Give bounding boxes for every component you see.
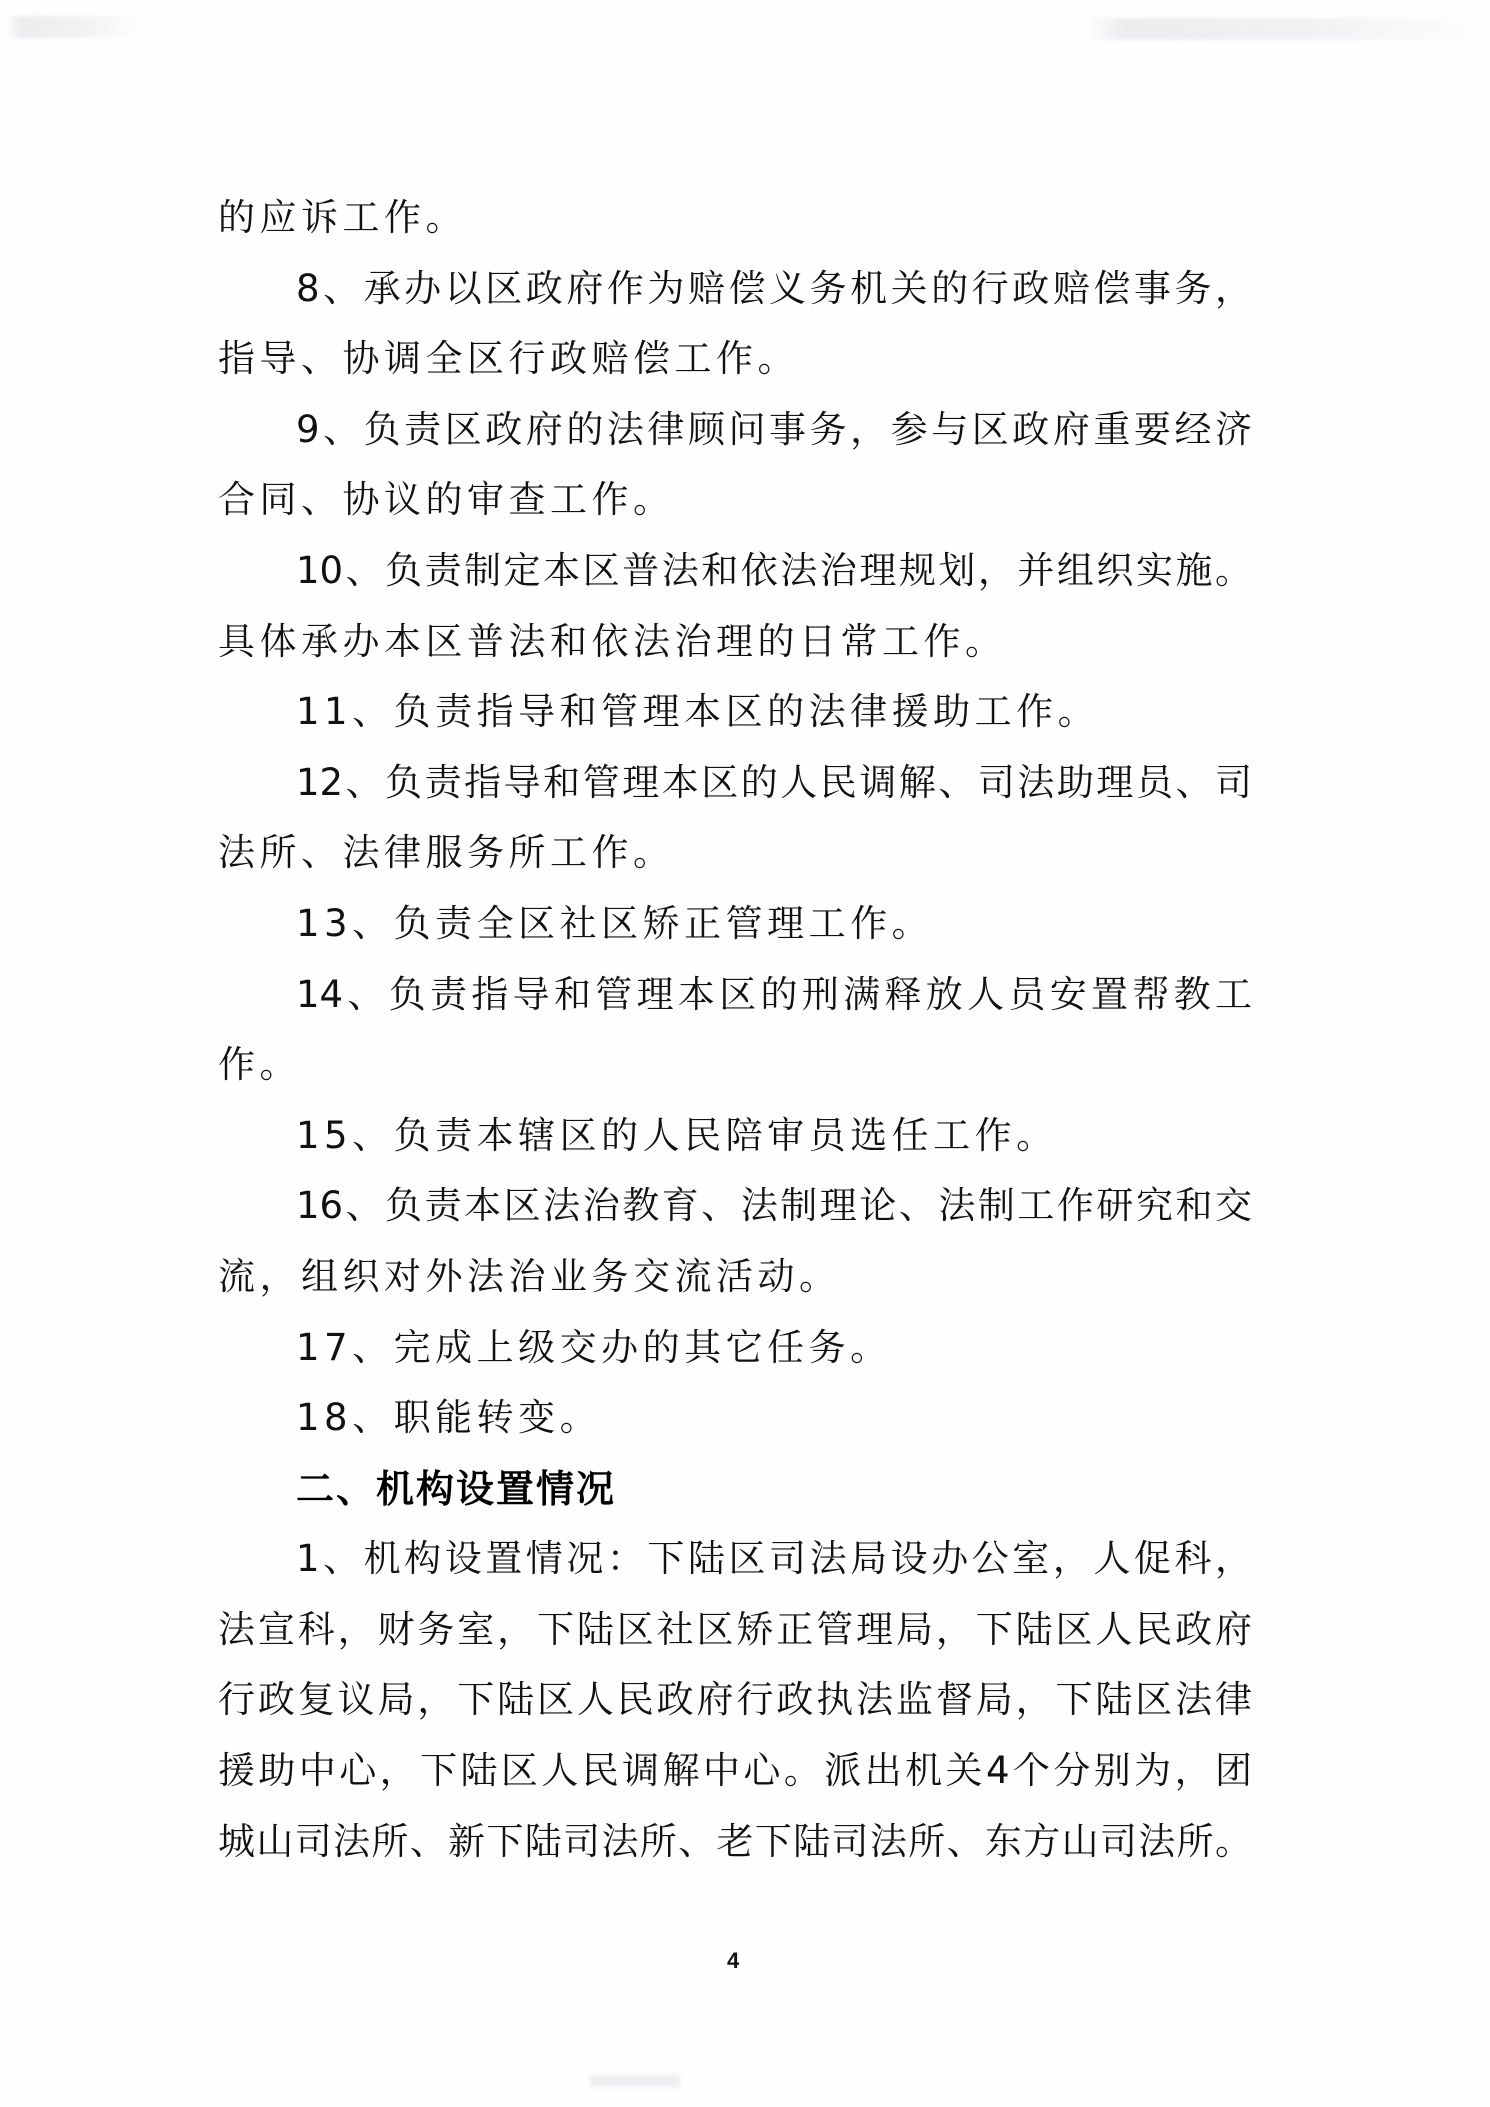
list-item-12: 12、负责指导和管理本区的人民调解、司法助理员、司 [218,748,1252,819]
line-text: 15、负责本辖区的人民陪审员选任工作。 [218,1101,1252,1172]
list-item-11: 11、负责指导和管理本区的法律援助工作。 [218,677,1252,748]
list-item-10: 10、负责制定本区普法和依法治理规划，并组织实施。 [218,536,1252,607]
scan-bleed-through [1085,18,1485,40]
line-text: 流，组织对外法治业务交流活动。 [218,1242,1252,1313]
line-text: 行政复议局，下陆区人民政府行政执法监督局，下陆区法律 [218,1665,1252,1736]
line-text: 指导、协调全区行政赔偿工作。 [218,324,1252,395]
line-text: 8、承办以区政府作为赔偿义务机关的行政赔偿事务， [218,254,1252,325]
line-text: 1、机构设置情况：下陆区司法局设办公室，人促科， [218,1524,1252,1595]
line-text: 17、完成上级交办的其它任务。 [218,1313,1252,1384]
line-text: 法宣科，财务室，下陆区社区矫正管理局，下陆区人民政府 [218,1595,1252,1666]
line-text: 城山司法所、新下陆司法所、老下陆司法所、东方山司法所。 [218,1807,1252,1878]
line-text: 18、职能转变。 [218,1383,1252,1454]
page-number: 4 [727,1948,739,1974]
line-text: 11、负责指导和管理本区的法律援助工作。 [218,677,1252,748]
document-body: 的应诉工作。 8、承办以区政府作为赔偿义务机关的行政赔偿事务， 指导、协调全区行… [218,183,1252,1877]
line-text: 的应诉工作。 [218,183,1252,254]
line-text: 16、负责本区法治教育、法制理论、法制工作研究和交 [218,1171,1252,1242]
line-text: 援助中心，下陆区人民调解中心。派出机关4个分别为，团 [218,1736,1252,1807]
line-text: 10、负责制定本区普法和依法治理规划，并组织实施。 [218,536,1252,607]
text-line: 流，组织对外法治业务交流活动。 [218,1242,1252,1313]
text-line: 城山司法所、新下陆司法所、老下陆司法所、东方山司法所。 [218,1807,1252,1878]
list-item-15: 15、负责本辖区的人民陪审员选任工作。 [218,1101,1252,1172]
list-item-16: 16、负责本区法治教育、法制理论、法制工作研究和交 [218,1171,1252,1242]
section-heading-text: 二、机构设置情况 [218,1454,1252,1525]
scan-smudge [590,2075,680,2087]
line-text: 9、负责区政府的法律顾问事务，参与区政府重要经济 [218,395,1252,466]
text-line: 法所、法律服务所工作。 [218,818,1252,889]
text-line: 援助中心，下陆区人民调解中心。派出机关4个分别为，团 [218,1736,1252,1807]
line-text: 13、负责全区社区矫正管理工作。 [218,889,1252,960]
line-text: 合同、协议的审查工作。 [218,465,1252,536]
list-item-9: 9、负责区政府的法律顾问事务，参与区政府重要经济 [218,395,1252,466]
text-line: 的应诉工作。 [218,183,1252,254]
document-page: 的应诉工作。 8、承办以区政府作为赔偿义务机关的行政赔偿事务， 指导、协调全区行… [0,0,1490,2107]
text-line: 作。 [218,1030,1252,1101]
section-heading: 二、机构设置情况 [218,1454,1252,1525]
line-text: 作。 [218,1030,1252,1101]
list-item-8: 8、承办以区政府作为赔偿义务机关的行政赔偿事务， [218,254,1252,325]
org-setup-paragraph: 1、机构设置情况：下陆区司法局设办公室，人促科， [218,1524,1252,1595]
list-item-17: 17、完成上级交办的其它任务。 [218,1313,1252,1384]
text-line: 法宣科，财务室，下陆区社区矫正管理局，下陆区人民政府 [218,1595,1252,1666]
line-text: 12、负责指导和管理本区的人民调解、司法助理员、司 [218,748,1252,819]
line-text: 法所、法律服务所工作。 [218,818,1252,889]
text-line: 具体承办本区普法和依法治理的日常工作。 [218,607,1252,678]
text-line: 合同、协议的审查工作。 [218,465,1252,536]
text-line: 行政复议局，下陆区人民政府行政执法监督局，下陆区法律 [218,1665,1252,1736]
line-text: 14、负责指导和管理本区的刑满释放人员安置帮教工 [218,960,1252,1031]
text-line: 指导、协调全区行政赔偿工作。 [218,324,1252,395]
list-item-18: 18、职能转变。 [218,1383,1252,1454]
scan-bleed-through [6,16,141,38]
line-text: 具体承办本区普法和依法治理的日常工作。 [218,607,1252,678]
list-item-13: 13、负责全区社区矫正管理工作。 [218,889,1252,960]
list-item-14: 14、负责指导和管理本区的刑满释放人员安置帮教工 [218,960,1252,1031]
